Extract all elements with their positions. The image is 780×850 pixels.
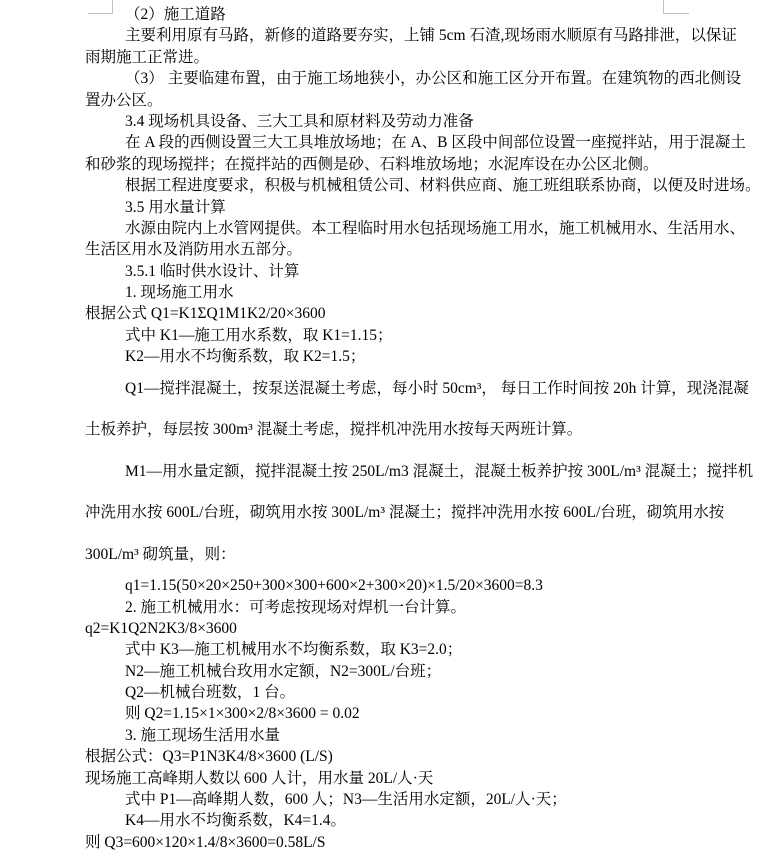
doc-line-7: 在 A 段的西侧设置三大工具堆放场地；在 A、B 区段中间部位设置一座搅拌站，用…: [85, 132, 725, 153]
heading-3-5: 3.5 用水量计算: [85, 197, 725, 218]
formula-q1: 根据公式 Q1=K1ΣQ1M1K2/20×3600: [85, 303, 725, 324]
heading-item-1: 1. 现场施工用水: [85, 282, 725, 303]
doc-line-18: Q1—搅拌混凝土，按泵送混凝土考虑，每小时 50cm³， 每日工作时间按 20h…: [85, 368, 725, 410]
heading-3-5-1: 3.5.1 临时供水设计、计算: [85, 261, 725, 282]
doc-line-3: 雨期施工正常进。: [85, 47, 725, 68]
doc-line-9: 根据工程进度要求，积极与机械租赁公司、材料供应商、施工班组联系协商，以便及时进场…: [85, 175, 725, 196]
heading-item-2: 2. 施工机械用水：可考虑按现场对焊机一台计算。: [85, 597, 725, 618]
heading-construction-road: （2）施工道路: [85, 4, 725, 25]
doc-line-34: K4—用水不均衡系数，K4=1.4。: [85, 810, 725, 831]
doc-line-19: 土板养护，每层按 300m³ 混凝土考虑，搅拌机冲洗用水按每天两班计算。: [85, 409, 725, 451]
doc-line-11: 水源由院内上水管网提供。本工程临时用水包括现场施工用水，施工机械用水、生活用水、: [85, 218, 725, 239]
doc-line-5: 置办公区。: [85, 90, 725, 111]
formula-q2: q2=K1Q2N2K3/8×3600: [85, 618, 725, 639]
doc-line-12: 生活区用水及消防用水五部分。: [85, 239, 725, 260]
document-page: （2）施工道路 主要利用原有马路，新修的道路要夯实，上铺 5cm 石渣,现场雨水…: [0, 0, 780, 850]
doc-line-2: 主要利用原有马路，新修的道路要夯实，上铺 5cm 石渣,现场雨水顺原有马路排泄，…: [85, 25, 725, 46]
doc-line-33: 式中 P1—高峰期人数，600 人；N3—生活用水定额，20L/人·天；: [85, 789, 725, 810]
heading-item-3: 3. 施工现场生活用水量: [85, 725, 725, 746]
formula-q1-result: q1=1.15(50×20×250+300×300+600×2+300×20)×…: [85, 575, 725, 596]
doc-line-8: 和砂浆的现场搅拌；在搅拌站的西侧是砂、石料堆放场地；水泥库设在办公区北侧。: [85, 154, 725, 175]
doc-line-27: N2—施工机械台玫用水定额，N2=300L/台班；: [85, 661, 725, 682]
doc-line-17: K2—用水不均衡系数，取 K2=1.5；: [85, 346, 725, 367]
formula-q3: 根据公式：Q3=P1N3K4/8×3600 (L/S): [85, 746, 725, 767]
formula-q2-result: 则 Q2=1.15×1×300×2/8×3600 = 0.02: [85, 703, 725, 724]
doc-line-21: 冲洗用水按 600L/台班，砌筑用水按 300L/m³ 混凝土；搅拌冲洗用水按 …: [85, 492, 725, 534]
doc-line-4: （3） 主要临建布置，由于施工场地狭小，办公区和施工区分开布置。在建筑物的西北侧…: [85, 68, 725, 89]
heading-3-4: 3.4 现场机具设备、三大工具和原材料及劳动力准备: [85, 111, 725, 132]
formula-q3-result: 则 Q3=600×120×1.4/8×3600=0.58L/S: [85, 832, 725, 850]
doc-line-32: 现场施工高峰期人数以 600 人计，用水量 20L/人·天: [85, 768, 725, 789]
doc-line-22: 300L/m³ 砌筑量，则：: [85, 534, 725, 576]
doc-line-28: Q2—机械台班数，1 台。: [85, 682, 725, 703]
doc-line-20: M1—用水量定额，搅拌混凝土按 250L/m3 混凝土，混凝土板养护按 300L…: [85, 451, 725, 493]
document-body: （2）施工道路 主要利用原有马路，新修的道路要夯实，上铺 5cm 石渣,现场雨水…: [85, 4, 725, 850]
doc-line-26: 式中 K3—施工机械用水不均衡系数，取 K3=2.0；: [85, 639, 725, 660]
doc-line-16: 式中 K1—施工用水系数，取 K1=1.15；: [85, 325, 725, 346]
